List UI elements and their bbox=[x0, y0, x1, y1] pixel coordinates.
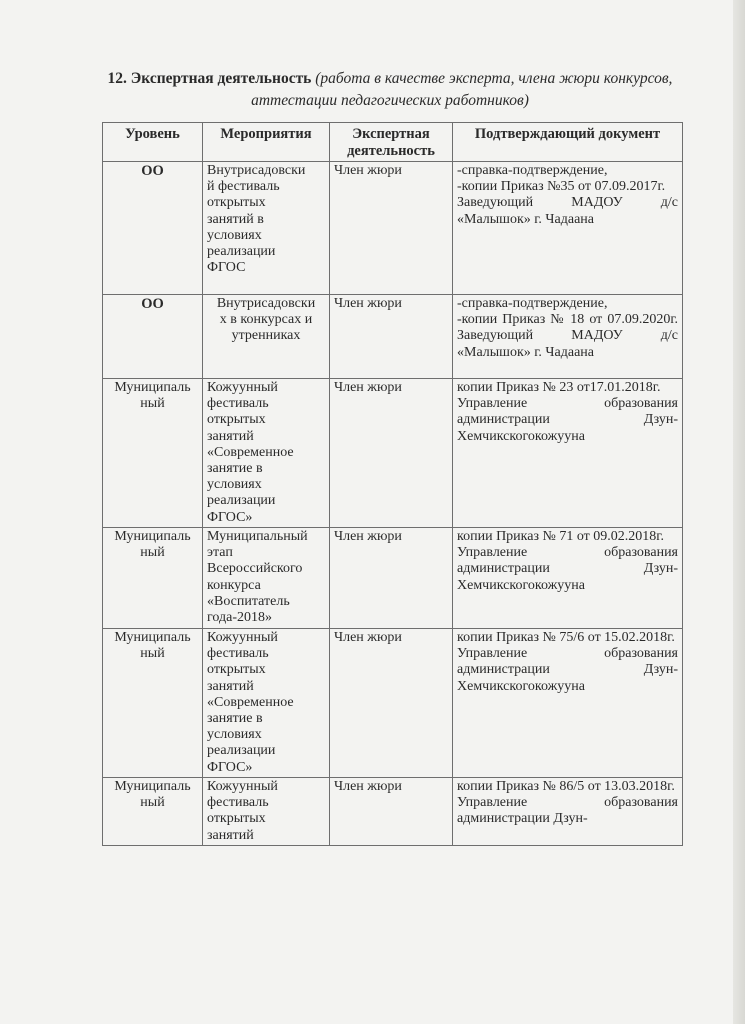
cell-level: Муниципаль ный bbox=[103, 629, 203, 778]
expert-activity-table: Уровень Мероприятия Экспертная деятельно… bbox=[102, 122, 683, 846]
table-header-row: Уровень Мероприятия Экспертная деятельно… bbox=[103, 123, 683, 162]
cell-document: копии Приказ № 75/6 от 15.02.2018г. Упра… bbox=[453, 629, 683, 778]
scan-page-edge bbox=[733, 0, 745, 1024]
section-title-bold: 12. Экспертная деятельность bbox=[108, 70, 312, 87]
cell-document: -справка-подтверждение, -копии Приказ № … bbox=[453, 295, 683, 379]
cell-event: Кожуунный фестиваль открытых занятий «Со… bbox=[203, 379, 330, 528]
header-expert-activity: Экспертная деятельность bbox=[330, 123, 453, 162]
cell-level: Муниципаль ный bbox=[103, 528, 203, 629]
cell-role: Член жюри bbox=[330, 778, 453, 846]
cell-event: Муниципальный этап Всероссийского конкур… bbox=[203, 528, 330, 629]
table-row: Муниципаль ный Кожуунный фестиваль откры… bbox=[103, 629, 683, 778]
cell-level: Муниципаль ный bbox=[103, 778, 203, 846]
table-row: Муниципаль ный Кожуунный фестиваль откры… bbox=[103, 379, 683, 528]
table-row: Муниципаль ный Кожуунный фестиваль откры… bbox=[103, 778, 683, 846]
cell-level: Муниципаль ный bbox=[103, 379, 203, 528]
header-events: Мероприятия bbox=[203, 123, 330, 162]
cell-role: Член жюри bbox=[330, 528, 453, 629]
cell-role: Член жюри bbox=[330, 295, 453, 379]
cell-role: Член жюри bbox=[330, 162, 453, 295]
cell-document: копии Приказ № 23 от17.01.2018г. Управле… bbox=[453, 379, 683, 528]
cell-event: Внутрисадовски й фестиваль открытых заня… bbox=[203, 162, 330, 295]
cell-role: Член жюри bbox=[330, 379, 453, 528]
table-row: ОО Внутрисадовски й фестиваль открытых з… bbox=[103, 162, 683, 295]
header-confirming-document: Подтверждающий документ bbox=[453, 123, 683, 162]
section-title-italic: (работа в качестве эксперта, члена жюри … bbox=[251, 70, 672, 109]
cell-event: Кожуунный фестиваль открытых занятий bbox=[203, 778, 330, 846]
cell-document: копии Приказ № 86/5 от 13.03.2018г. Упра… bbox=[453, 778, 683, 846]
cell-document: -справка-подтверждение, -копии Приказ №3… bbox=[453, 162, 683, 295]
table-row: Муниципаль ный Муниципальный этап Всерос… bbox=[103, 528, 683, 629]
section-title: 12. Экспертная деятельность (работа в ка… bbox=[100, 68, 680, 112]
cell-level: ОО bbox=[103, 162, 203, 295]
cell-event: Внутрисадовски х в конкурсах и утренника… bbox=[203, 295, 330, 379]
cell-event: Кожуунный фестиваль открытых занятий «Со… bbox=[203, 629, 330, 778]
cell-role: Член жюри bbox=[330, 629, 453, 778]
cell-document: копии Приказ № 71 от 09.02.2018г. Управл… bbox=[453, 528, 683, 629]
table-row: ОО Внутрисадовски х в конкурсах и утренн… bbox=[103, 295, 683, 379]
header-level: Уровень bbox=[103, 123, 203, 162]
cell-level: ОО bbox=[103, 295, 203, 379]
